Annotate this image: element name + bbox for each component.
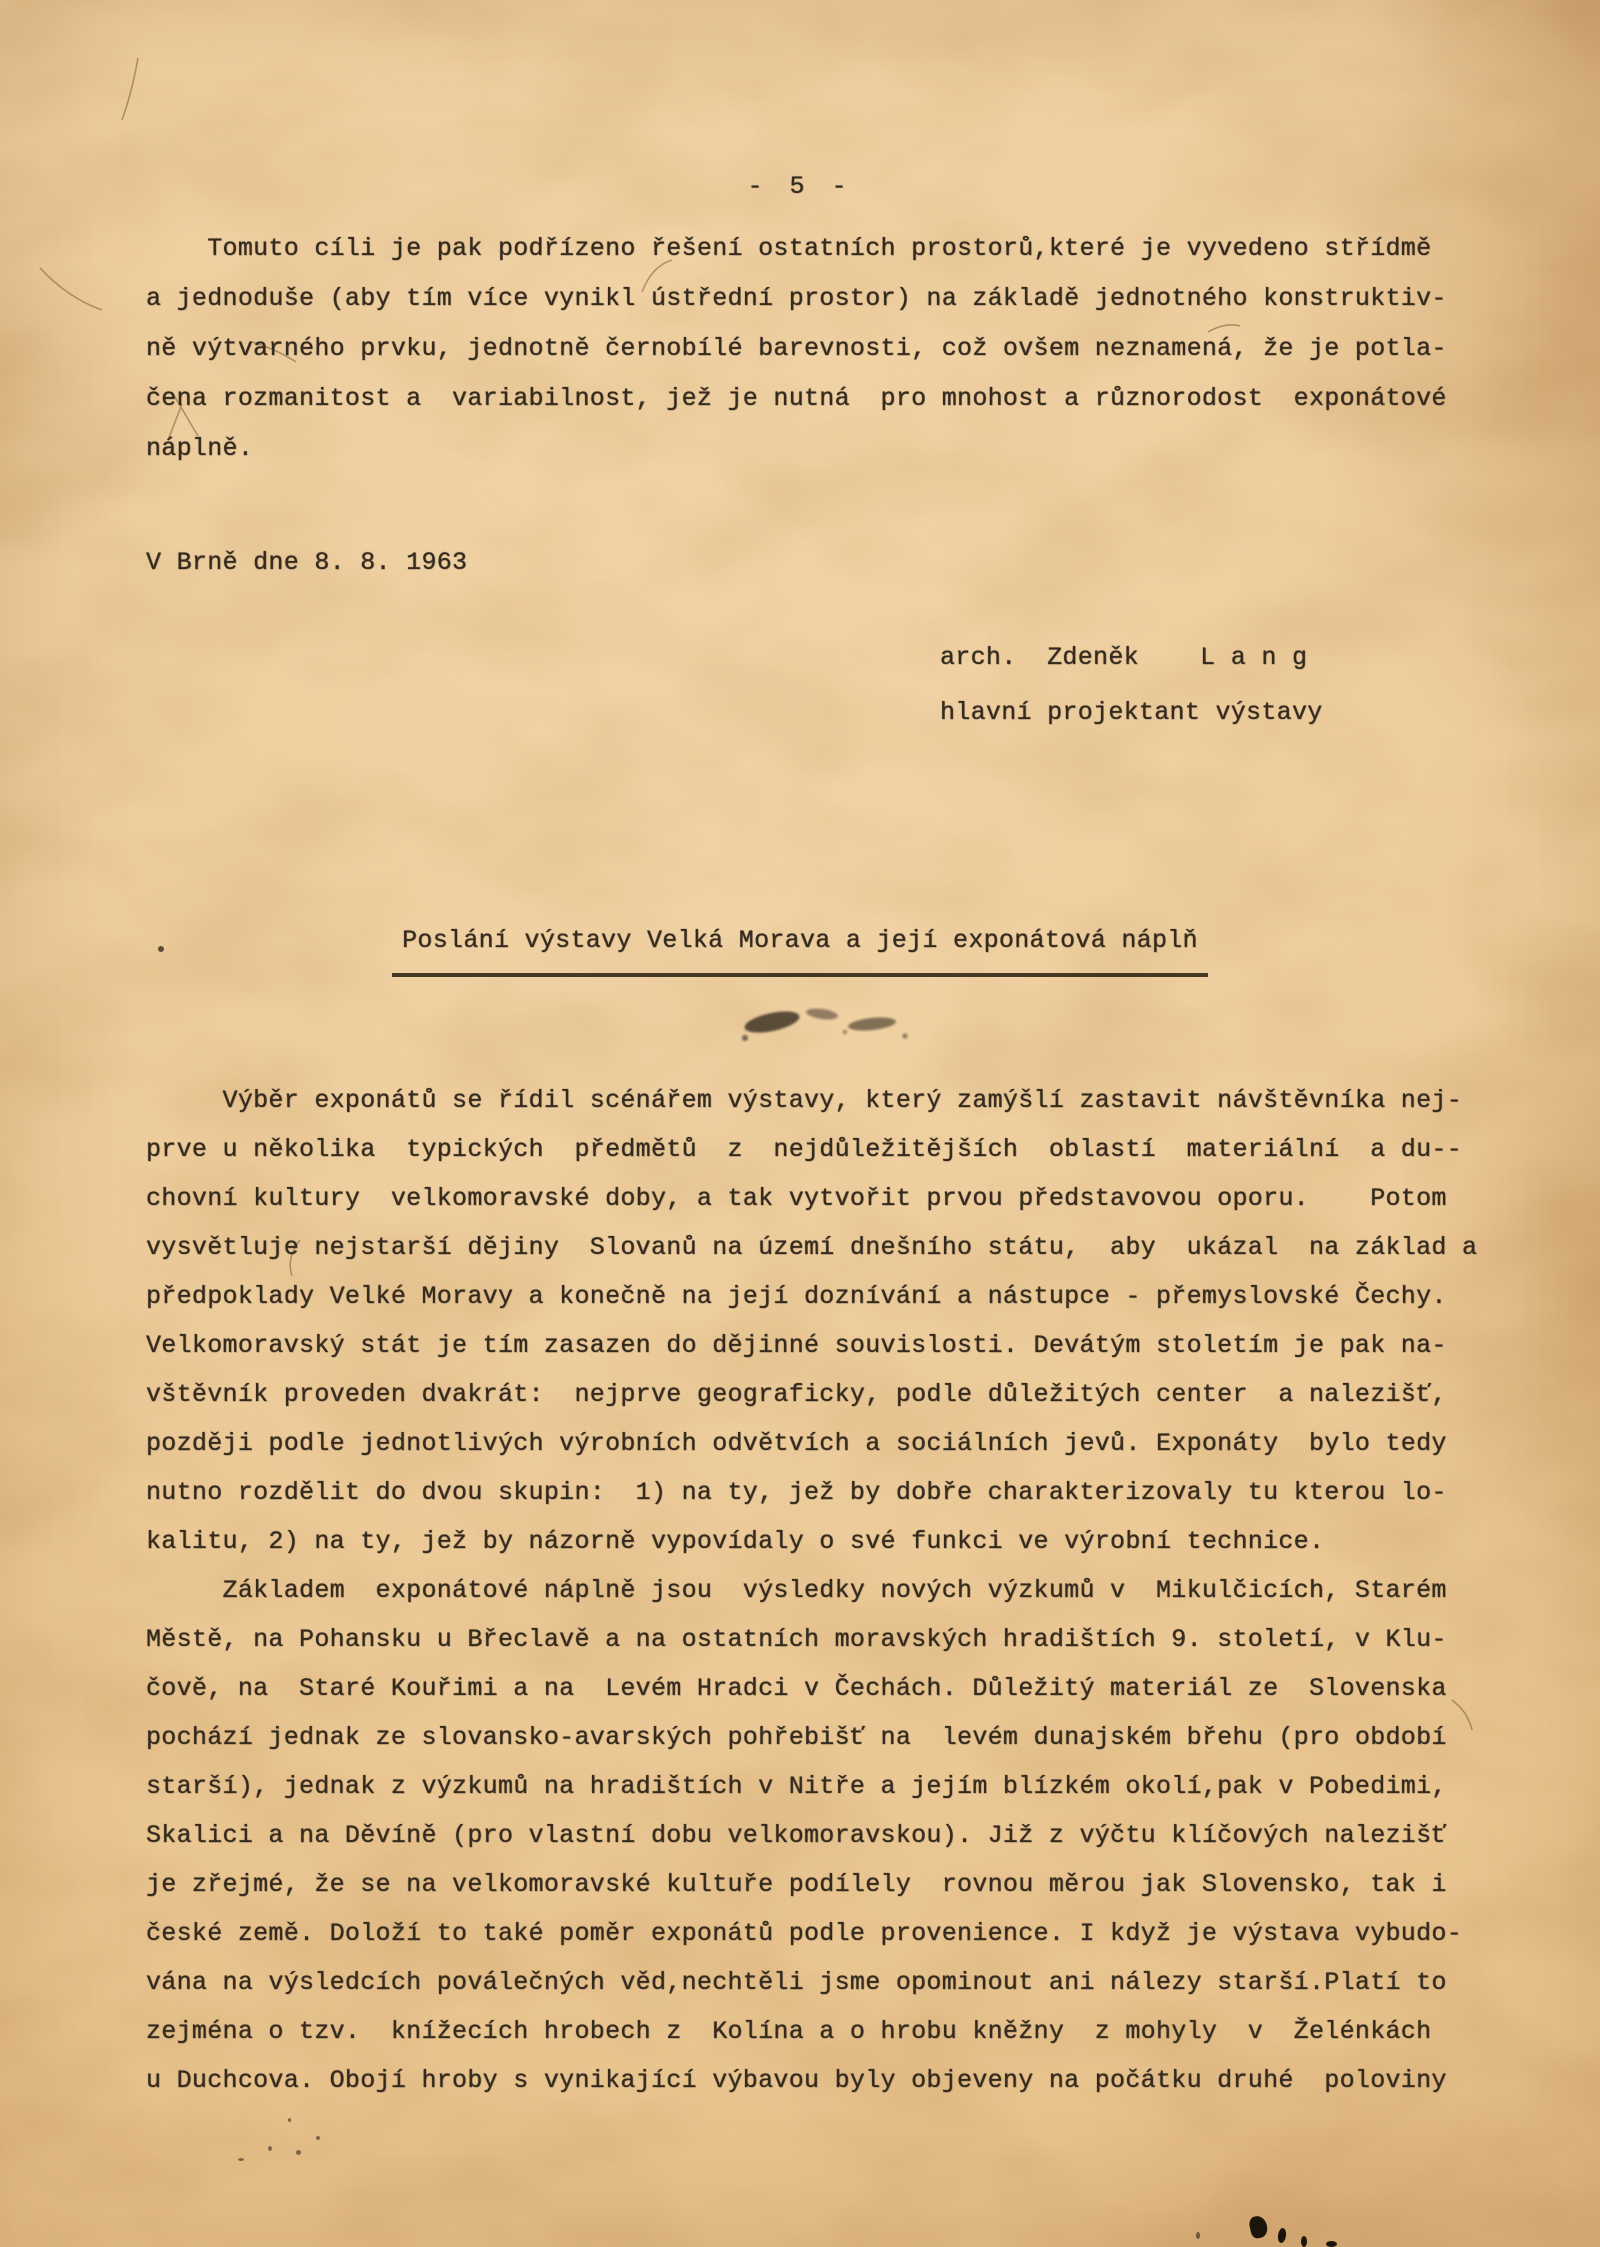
text-line: Výběr exponátů se řídil scénářem výstavy… <box>146 1076 1477 1125</box>
ink-blot <box>1301 2236 1307 2247</box>
ink-speck <box>288 2118 291 2122</box>
ink-speck <box>316 2136 320 2140</box>
ink-speck <box>268 2146 272 2151</box>
page-number: - 5 - <box>0 172 1600 201</box>
text-line: Velkomoravský stát je tím zasazen do děj… <box>146 1321 1477 1370</box>
text-line: nutno rozdělit do dvou skupin: 1) na ty,… <box>146 1468 1477 1517</box>
text-line: Skalici a na Děvíně (pro vlastní dobu ve… <box>146 1811 1477 1860</box>
ink-blot <box>1196 2232 1200 2239</box>
signature-block: arch. Zdeněk L a n g hlavní projektant v… <box>940 630 1323 740</box>
signature-role: hlavní projektant výstavy <box>940 685 1323 740</box>
text-line: Tomuto cíli je pak podřízeno řešení osta… <box>146 224 1447 274</box>
text-line: zejména o tzv. knížecích hrobech z Kolín… <box>146 2007 1477 2056</box>
text-line: náplně. <box>146 424 1447 474</box>
text-line: české země. Doloží to také poměr exponát… <box>146 1909 1477 1958</box>
section-heading-row: Poslání výstavy Velká Morava a její expo… <box>0 926 1600 977</box>
text-line: Městě, na Pohansku u Břeclavě a na ostat… <box>146 1615 1477 1664</box>
text-line: vána na výsledcích poválečných věd,necht… <box>146 1958 1477 2007</box>
text-line: a jednoduše (aby tím více vynikl ústředn… <box>146 274 1447 324</box>
ink-speck <box>238 2158 244 2161</box>
text-line: čově, na Staré Kouřimi a na Levém Hradci… <box>146 1664 1477 1713</box>
ink-blot <box>1248 2214 1269 2239</box>
text-line: je zřejmé, že se na velkomoravské kultuř… <box>146 1860 1477 1909</box>
ink-smudge <box>742 1007 908 1041</box>
text-line: u Duchcova. Obojí hroby s vynikající výb… <box>146 2056 1477 2105</box>
text-line: později podle jednotlivých výrobních odv… <box>146 1419 1477 1468</box>
section-heading: Poslání výstavy Velká Morava a její expo… <box>392 926 1208 977</box>
paragraph-1: Tomuto cíli je pak podřízeno řešení osta… <box>146 224 1447 474</box>
text-line: pochází jednak ze slovansko-avarských po… <box>146 1713 1477 1762</box>
text-line: Základem exponátové náplně jsou výsledky… <box>146 1566 1477 1615</box>
text-line: vysvětluje nejstarší dějiny Slovanů na ú… <box>146 1223 1477 1272</box>
body-paragraphs: Výběr exponátů se řídil scénářem výstavy… <box>146 1076 1477 2105</box>
date-line: V Brně dne 8. 8. 1963 <box>146 538 467 588</box>
text-line: starší), jednak z výzkumů na hradištích … <box>146 1762 1477 1811</box>
ink-blot <box>1277 2228 1287 2244</box>
text-line: předpoklady Velké Moravy a konečně na je… <box>146 1272 1477 1321</box>
signature-name: arch. Zdeněk L a n g <box>940 630 1323 685</box>
text-line: chovní kultury velkomoravské doby, a tak… <box>146 1174 1477 1223</box>
text-line: kalitu, 2) na ty, jež by názorně vypovíd… <box>146 1517 1477 1566</box>
ink-blot <box>1326 2241 1337 2247</box>
text-line: prve u několika typických předmětů z nej… <box>146 1125 1477 1174</box>
scanned-page: - 5 - Tomuto cíli je pak podřízeno řešen… <box>0 0 1600 2247</box>
text-line: čena rozmanitost a variabilnost, jež je … <box>146 374 1447 424</box>
text-line: vštěvník proveden dvakrát: nejprve geogr… <box>146 1370 1477 1419</box>
ink-speck <box>296 2150 301 2155</box>
text-line: ně výtvarného prvku, jednotně černobílé … <box>146 324 1447 374</box>
